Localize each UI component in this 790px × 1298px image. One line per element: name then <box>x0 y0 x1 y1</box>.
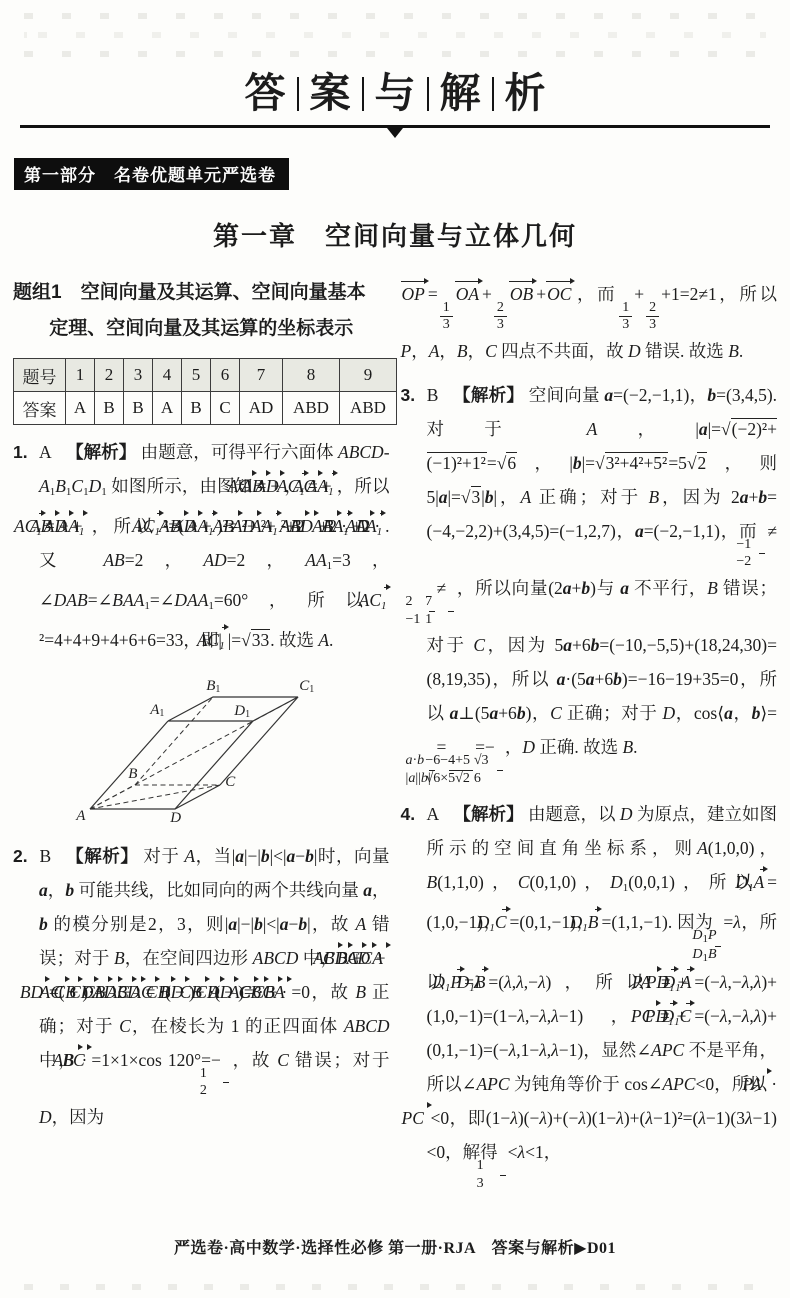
part-badge: 第一部分 名卷优题单元严选卷 <box>14 158 289 190</box>
title-rule <box>20 125 770 128</box>
solution-4-text: 由题意，以 D 为原点，建立如图所示的空间直角坐标系，则A(1,0,0)，B(1… <box>427 804 778 1162</box>
solution-4-number: 4. <box>401 804 416 824</box>
solution-3-answer: B <box>427 385 439 405</box>
question-number: 7 <box>240 359 283 392</box>
title-separator <box>362 77 364 111</box>
solution-1-answer: A <box>39 442 52 462</box>
analysis-tag: 【解析】 <box>66 442 136 462</box>
scan-noise-band <box>24 51 766 57</box>
two-column-body: 题组1 空间向量及其运算、空间向量基本 定理、空间向量及其运算的坐标表示 题号 … <box>0 275 790 1192</box>
solution-4: 4. A 【解析】 由题意，以 D 为原点，建立如图所示的空间直角坐标系，则A(… <box>401 797 778 1192</box>
figure-label-A1: A1 <box>150 703 164 719</box>
down-triangle-icon <box>387 128 403 138</box>
page-title: 答 案 与 解 析 <box>0 71 790 116</box>
figure-label-C1: C1 <box>299 679 314 695</box>
title-char: 解 <box>440 71 481 116</box>
solution-2-answer: B <box>40 846 52 866</box>
answer-book-page: 答 案 与 解 析 第一部分 名卷优题单元严选卷 第一章 空间向量与立体几何 题… <box>0 0 790 1298</box>
title-char: 答 <box>245 71 286 116</box>
question-number: 1 <box>66 359 95 392</box>
title-separator <box>492 77 494 111</box>
topic-group-heading: 题组1 空间向量及其运算、空间向量基本 定理、空间向量及其运算的坐标表示 <box>13 275 390 347</box>
analysis-tag: 【解析】 <box>453 385 524 405</box>
answer-row-label: 答案 <box>14 392 66 425</box>
title-char: 与 <box>375 71 416 116</box>
solution-2: 2. B 【解析】 对于 A，当|a|−|b|<|a−b|时，向量 a，b 可能… <box>13 839 390 1134</box>
figure-label-D1: D1 <box>234 704 250 720</box>
parallelepiped-drawing <box>70 671 332 829</box>
answer-cell: B <box>95 392 124 425</box>
question-number: 6 <box>211 359 240 392</box>
answer-cell: B <box>182 392 211 425</box>
answer-cell: C <box>211 392 240 425</box>
figure-label-D: D <box>170 811 181 827</box>
topic-group-heading-line1: 题组1 空间向量及其运算、空间向量基本 <box>13 275 390 311</box>
question-number: 3 <box>124 359 153 392</box>
figure-label-A: A <box>76 809 85 825</box>
solution-1: 1. A 【解析】 由题意，可得平行六面体 ABCD-A1B1C1D1 如图所示… <box>13 435 390 657</box>
solution-3: 3. B 【解析】 空间向量 a=(−2,−1,1)，b=(3,4,5). 对于… <box>401 378 778 787</box>
title-char: 案 <box>310 71 351 116</box>
question-number: 8 <box>283 359 340 392</box>
topic-group-heading-line2: 定理、空间向量及其运算的坐标表示 <box>13 311 390 347</box>
answer-table-header-row: 题号 1 2 3 4 5 6 7 8 9 <box>14 359 397 392</box>
solution-3-number: 3. <box>401 385 416 405</box>
right-column: OP=13OA+23OB+OC，而13+23+1=2≠1，所以 P，A，B，C … <box>401 275 778 1192</box>
scan-noise-band <box>24 13 766 19</box>
question-number: 4 <box>153 359 182 392</box>
solution-2-text: 对于 A，当|a|−|b|<|a−b|时，向量 a，b 可能共线，比如同向的两个… <box>39 846 390 1127</box>
solution-3-text: 空间向量 a=(−2,−1,1)，b=(3,4,5). 对于 A，|a|=√(−… <box>427 385 778 757</box>
question-number: 9 <box>340 359 397 392</box>
solution-2-number: 2. <box>13 846 28 866</box>
answer-cell: B <box>124 392 153 425</box>
solution-2-continuation: OP=13OA+23OB+OC，而13+23+1=2≠1，所以 P，A，B，C … <box>401 277 778 368</box>
answer-cell: AD <box>240 392 283 425</box>
answer-table-answer-row: 答案 A B B A B C AD ABD ABD <box>14 392 397 425</box>
solution-1-number: 1. <box>13 442 28 462</box>
question-number: 5 <box>182 359 211 392</box>
answer-table: 题号 1 2 3 4 5 6 7 8 9 答案 A B B A <box>13 358 397 425</box>
analysis-tag: 【解析】 <box>454 804 524 824</box>
chapter-title: 第一章 空间向量与立体几何 <box>0 216 790 253</box>
figure-label-C: C <box>225 775 235 791</box>
title-char: 析 <box>505 71 546 116</box>
parallelepiped-figure: A B C D A1 B1 C1 D1 <box>70 671 332 829</box>
title-separator <box>297 77 299 111</box>
answer-table-corner-label: 题号 <box>14 359 66 392</box>
left-column: 题组1 空间向量及其运算、空间向量基本 定理、空间向量及其运算的坐标表示 题号 … <box>13 275 390 1192</box>
figure-label-B: B <box>128 767 137 783</box>
answer-cell: A <box>153 392 182 425</box>
scan-noise-band <box>24 1284 766 1290</box>
answer-cell: ABD <box>340 392 397 425</box>
question-number: 2 <box>95 359 124 392</box>
solution-1-text: 由题意，可得平行六面体 ABCD-A1B1C1D1 如图所示，由图知AC=AB+… <box>39 442 390 650</box>
page-footer: 严选卷·高中数学·选择性必修 第一册·RJA 答案与解析▶D01 <box>0 1235 790 1258</box>
figure-label-B1: B1 <box>206 679 220 695</box>
answer-cell: ABD <box>283 392 340 425</box>
scan-noise-band <box>24 32 766 38</box>
solution-4-answer: A <box>427 804 440 824</box>
title-separator <box>427 77 429 111</box>
analysis-tag: 【解析】 <box>66 846 138 866</box>
answer-cell: A <box>66 392 95 425</box>
